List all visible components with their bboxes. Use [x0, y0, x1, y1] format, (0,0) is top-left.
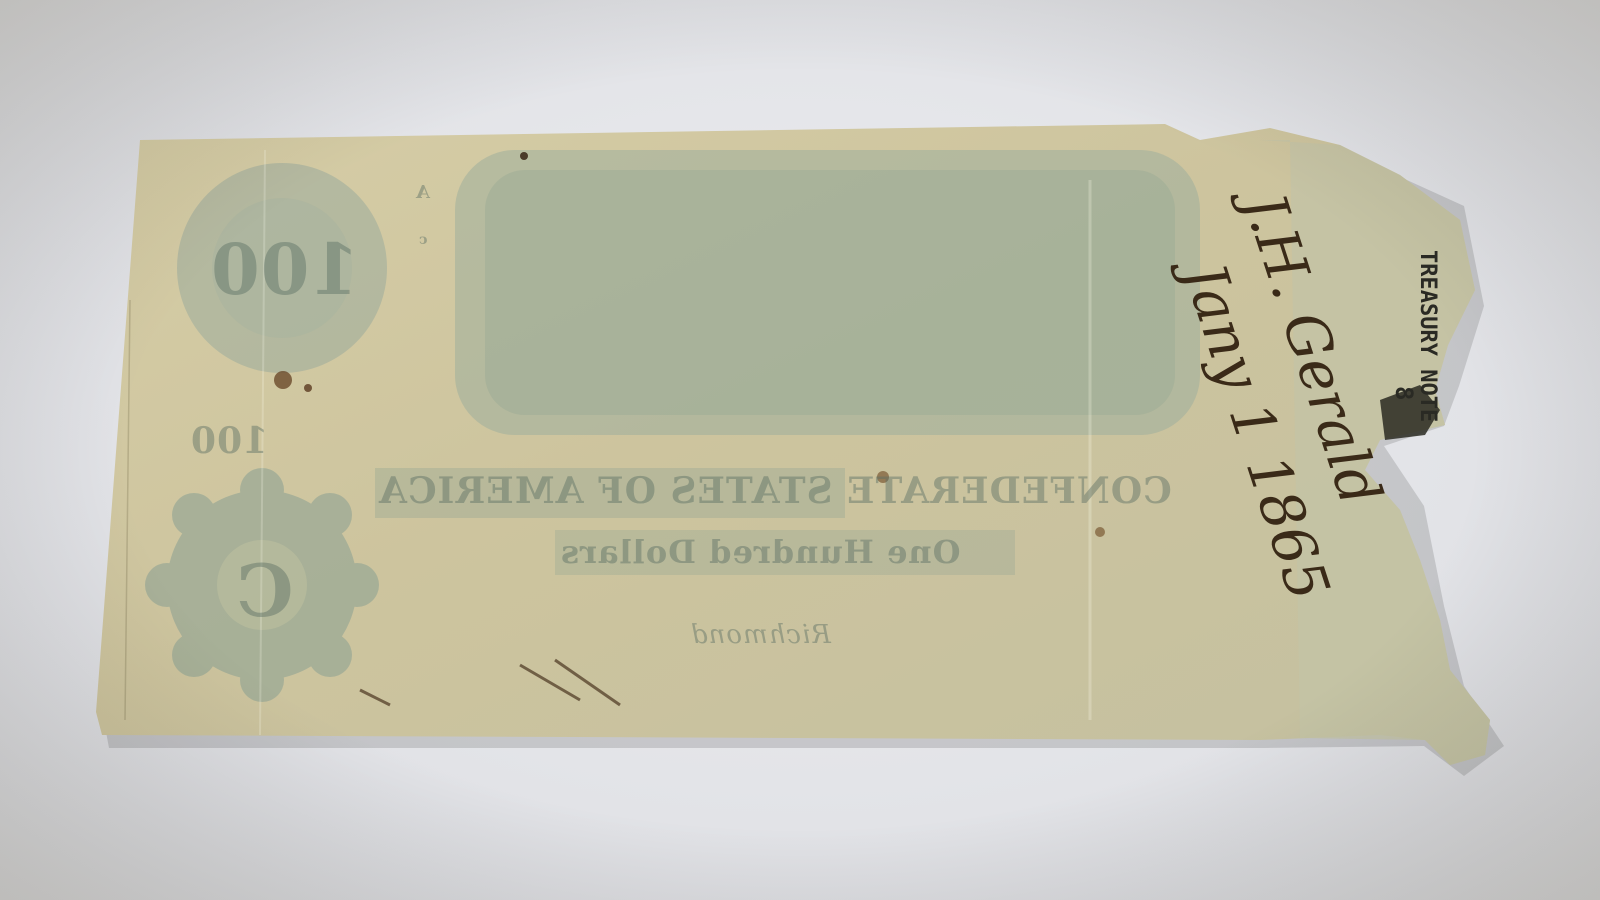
bleed-medallion-bottom-letter: C	[235, 548, 293, 633]
bleed-side-letter-a: A	[415, 182, 430, 203]
bleed-denomination: One Hundred Dollars	[560, 533, 961, 571]
bleed-left-value: 100	[190, 420, 268, 462]
bleed-title: CONFEDERATE STATES OF AMERICA	[378, 470, 1172, 512]
treasury-stamp-number: 8	[1390, 386, 1418, 400]
bleed-medallion-top-value: 100	[210, 228, 359, 311]
bleed-side-letter-c: c	[418, 232, 428, 248]
treasury-stamp: TREASURY NOTE	[1415, 250, 1440, 422]
photo-scene: CONFEDERATE STATES OF AMERICA One Hundre…	[0, 0, 1600, 900]
bleed-city: Richmond	[690, 620, 831, 650]
